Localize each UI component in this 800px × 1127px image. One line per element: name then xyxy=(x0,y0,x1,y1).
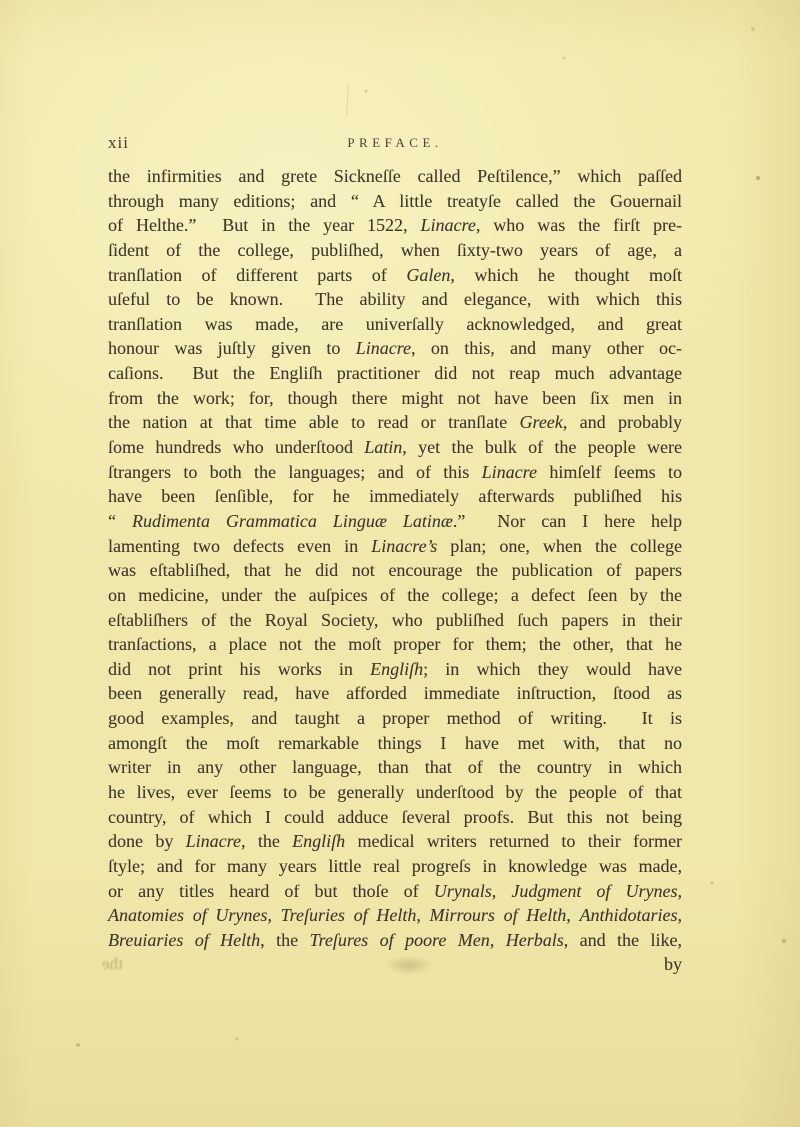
text-segment: he lives, ever ſeems to be generally und… xyxy=(108,782,682,802)
italic-text-segment: Mirrours of Helth xyxy=(430,905,567,925)
text-line: tranſlation was made, are univerſally ac… xyxy=(108,312,682,337)
page-surface: xii PREFACE. the infirmities and grete S… xyxy=(0,0,800,1127)
text-segment: the infirmities and grete Sickneſſe call… xyxy=(108,166,682,186)
text-segment: tranſlation of different parts of xyxy=(108,265,406,285)
text-line: have been ſenſible, for he immediately a… xyxy=(108,484,682,509)
text-segment: have been ſenſible, for he immediately a… xyxy=(108,486,682,506)
text-segment: through many editions; and “ A little tr… xyxy=(108,191,682,211)
page-header: xii PREFACE. xyxy=(108,132,682,154)
text-line: ſome hundreds who underſtood Latin, yet … xyxy=(108,435,682,460)
text-line: Anatomies of Urynes, Treſuries of Helth,… xyxy=(108,903,682,928)
text-line: honour was juſtly given to Linacre, on t… xyxy=(108,336,682,361)
text-line: good examples, and taught a proper metho… xyxy=(108,706,682,731)
text-line: done by Linacre, the Engliſh medical wri… xyxy=(108,829,682,854)
text-segment: ſident of the college, publiſhed, when ſ… xyxy=(108,240,682,260)
text-line: tranſactions, a place not the moſt prope… xyxy=(108,632,682,657)
text-line: the infirmities and grete Sickneſſe call… xyxy=(108,164,682,189)
italic-text-segment: Judgment of Urynes xyxy=(511,881,677,901)
text-line: he lives, ever ſeems to be generally und… xyxy=(108,780,682,805)
text-line: ſident of the college, publiſhed, when ſ… xyxy=(108,238,682,263)
text-segment: , which he thought moſt xyxy=(450,265,682,285)
text-segment: lamenting two defects even in xyxy=(108,536,371,556)
text-line: writer in any other language, than that … xyxy=(108,755,682,780)
text-segment: on medicine, under the auſpices of the c… xyxy=(108,585,682,605)
text-segment: , and probably xyxy=(563,412,682,432)
text-segment: , the xyxy=(260,930,309,950)
text-segment: , xyxy=(490,930,506,950)
italic-text-segment: Linacre xyxy=(482,462,537,482)
italic-text-segment: Engliſh xyxy=(370,659,423,679)
text-segment: from the work; for, though there might n… xyxy=(108,388,682,408)
text-segment: was eſtabliſhed, that he did not encoura… xyxy=(108,560,682,580)
italic-text-segment: Greek xyxy=(519,412,562,432)
text-segment: , xyxy=(678,905,683,925)
text-line: from the work; for, though there might n… xyxy=(108,386,682,411)
text-segment: “ xyxy=(108,511,132,531)
italic-text-segment: Herbals xyxy=(506,930,564,950)
text-line: did not print his works in Engliſh; in w… xyxy=(108,657,682,682)
italic-text-segment: Treſures of poore Men xyxy=(310,930,490,950)
text-segment: the nation at that time able to read or … xyxy=(108,412,519,432)
text-segment: been generally read, have afforded immed… xyxy=(108,683,682,703)
text-segment: uſeful to be known. The ability and eleg… xyxy=(108,289,682,309)
text-line: of Helthe.” But in the year 1522, Linacr… xyxy=(108,213,682,238)
text-segment: writer in any other language, than that … xyxy=(108,757,682,777)
text-line: amongſt the moſt remarkable things I hav… xyxy=(108,731,682,756)
italic-text-segment: Breuiaries of Helth xyxy=(108,930,260,950)
text-line: tranſlation of different parts of Galen,… xyxy=(108,263,682,288)
text-segment: .” Nor can I here help xyxy=(453,511,682,531)
italic-text-segment: Linacre’s xyxy=(371,536,437,556)
italic-text-segment: Urynals xyxy=(434,881,492,901)
italic-text-segment: Anatomies of Urynes xyxy=(108,905,267,925)
text-segment: caſions. But the Engliſh practitioner di… xyxy=(108,363,682,383)
italic-text-segment: Galen xyxy=(406,265,450,285)
text-line: eſtabliſhers of the Royal Society, who p… xyxy=(108,608,682,633)
text-line: or any titles heard of but thoſe of Uryn… xyxy=(108,879,682,904)
text-segment: of Helthe.” But in the year 1522, xyxy=(108,215,421,235)
text-segment: himſelf ſeems to xyxy=(537,462,682,482)
text-line: country, of which I could adduce ſeveral… xyxy=(108,805,682,830)
text-segment: medical writers returned to their former xyxy=(345,831,682,851)
text-segment: ſtyle; and for many years little real pr… xyxy=(108,856,682,876)
text-segment: eſtabliſhers of the Royal Society, who p… xyxy=(108,610,682,630)
text-segment: , yet the bulk of the people were xyxy=(402,437,682,457)
text-segment: honour was juſtly given to xyxy=(108,338,356,358)
italic-text-segment: Linacre xyxy=(356,338,411,358)
text-segment: done by xyxy=(108,831,186,851)
text-line: was eſtabliſhed, that he did not encoura… xyxy=(108,558,682,583)
running-title: PREFACE. xyxy=(108,132,682,151)
folio-label: xii xyxy=(108,133,129,153)
text-segment: ; in which they would have xyxy=(423,659,682,679)
text-line: “ Rudimenta Grammatica Linguæ Latinæ.” N… xyxy=(108,509,682,534)
text-segment: , the xyxy=(241,831,292,851)
italic-text-segment: Engliſh xyxy=(292,831,345,851)
text-segment: ſome hundreds who underſtood xyxy=(108,437,364,457)
text-segment: tranſactions, a place not the moſt prope… xyxy=(108,634,682,654)
text-segment: , xyxy=(492,881,512,901)
text-segment: tranſlation was made, are univerſally ac… xyxy=(108,314,682,334)
text-line: lamenting two defects even in Linacre’s … xyxy=(108,534,682,559)
text-line: caſions. But the Engliſh practitioner di… xyxy=(108,361,682,386)
text-segment: , xyxy=(566,905,579,925)
text-line: ſtyle; and for many years little real pr… xyxy=(108,854,682,879)
italic-text-segment: Anthidotaries xyxy=(580,905,678,925)
text-segment: , on this, and many other oc- xyxy=(411,338,682,358)
show-through-text: the xyxy=(102,954,123,974)
text-line: on medicine, under the auſpices of the c… xyxy=(108,583,682,608)
text-line: Breuiaries of Helth, the Treſures of poo… xyxy=(108,928,682,953)
italic-text-segment: Treſuries of Helth xyxy=(281,905,417,925)
show-through-smudge xyxy=(386,956,432,974)
text-segment: country, of which I could adduce ſeveral… xyxy=(108,807,682,827)
text-segment: ſtrangers to both the languages; and of … xyxy=(108,462,482,482)
text-segment: , and the like, xyxy=(564,930,682,950)
italic-text-segment: Rudimenta Grammatica Linguæ Latinæ xyxy=(132,511,453,531)
paper-fiber xyxy=(346,84,349,116)
text-segment: , xyxy=(267,905,280,925)
body-text: the infirmities and grete Sickneſſe call… xyxy=(108,164,682,953)
text-line: uſeful to be known. The ability and eleg… xyxy=(108,287,682,312)
text-segment: plan; one, when the college xyxy=(437,536,682,556)
text-line: the nation at that time able to read or … xyxy=(108,410,682,435)
text-segment: , xyxy=(416,905,429,925)
italic-text-segment: Linacre xyxy=(421,215,476,235)
text-segment: amongſt the moſt remarkable things I hav… xyxy=(108,733,682,753)
italic-text-segment: Linacre xyxy=(186,831,241,851)
text-segment: good examples, and taught a proper metho… xyxy=(108,708,682,728)
text-segment: did not print his works in xyxy=(108,659,370,679)
italic-text-segment: Latin xyxy=(364,437,402,457)
paper-specks xyxy=(0,0,2,2)
text-segment: , who was the firſt pre- xyxy=(476,215,682,235)
text-segment: or any titles heard of but thoſe of xyxy=(108,881,434,901)
text-line: through many editions; and “ A little tr… xyxy=(108,189,682,214)
text-line: ſtrangers to both the languages; and of … xyxy=(108,460,682,485)
text-line: been generally read, have afforded immed… xyxy=(108,681,682,706)
text-segment: , xyxy=(678,881,683,901)
